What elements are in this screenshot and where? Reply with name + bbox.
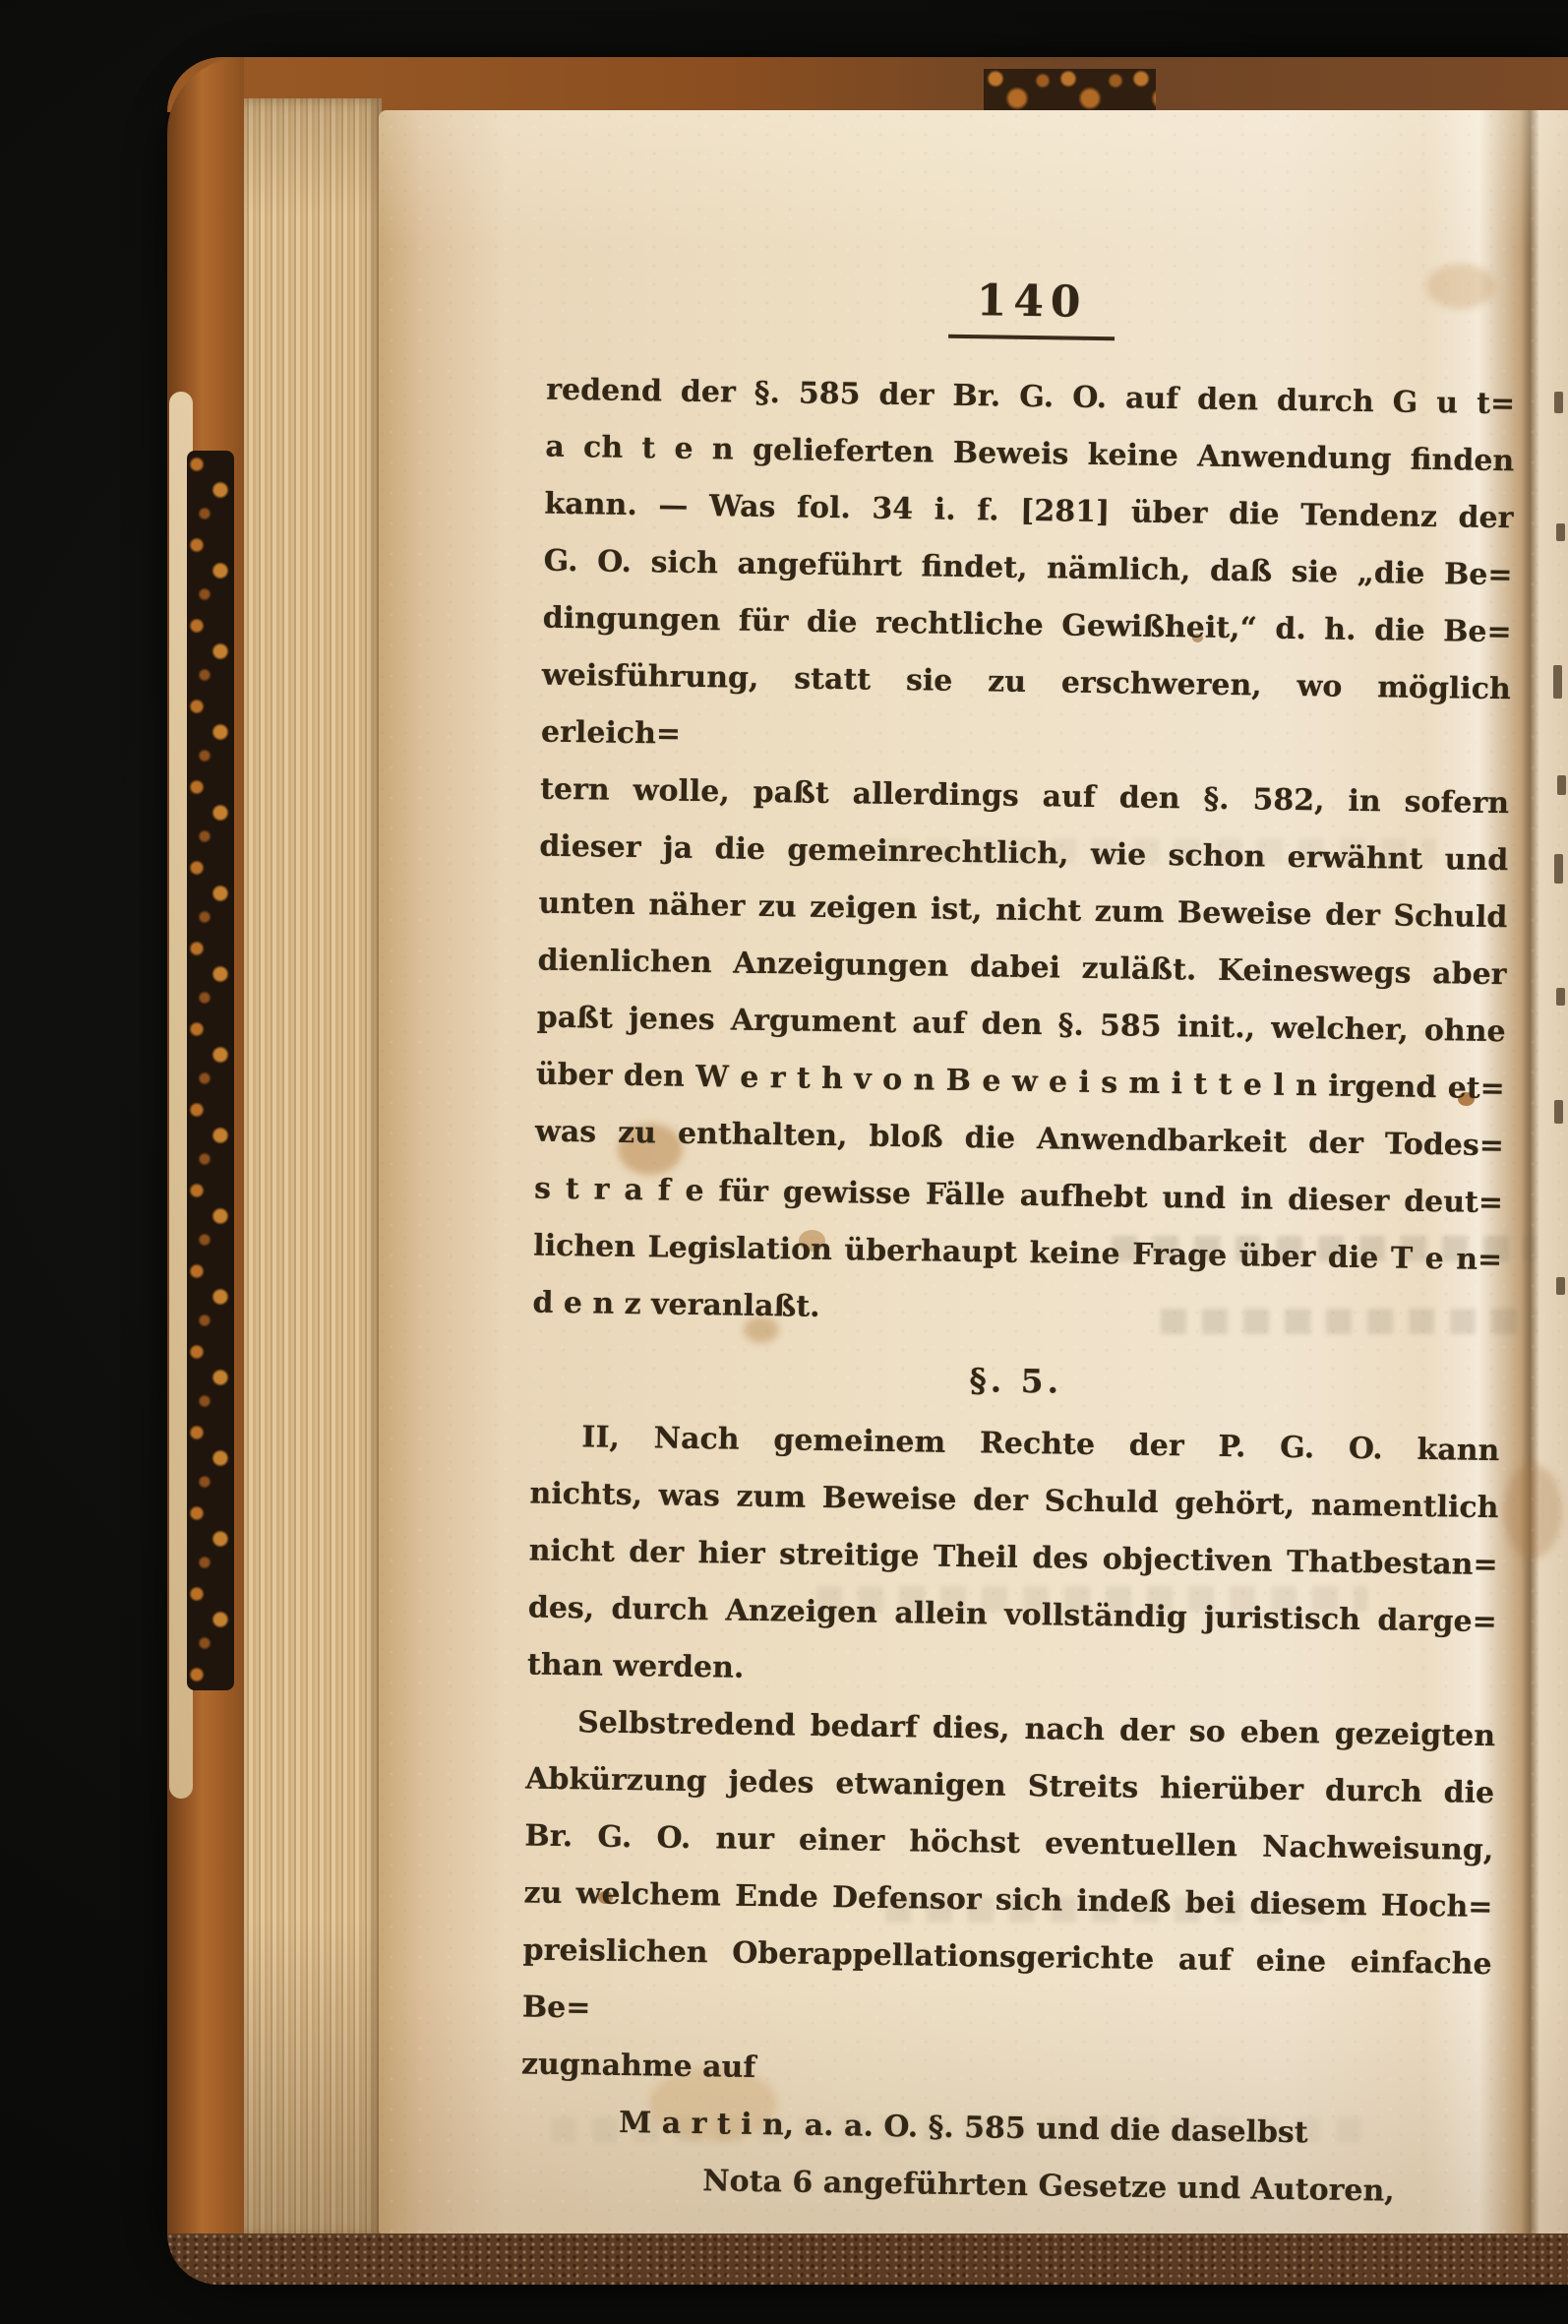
marbled-paper-fragment: [984, 69, 1156, 114]
page-block-fore-edge: [244, 98, 382, 2237]
text-line: preislichen Oberappellationsgerichte auf…: [521, 1923, 1492, 2051]
book-cover-bottom-edge: [167, 2233, 1568, 2285]
printed-text-block: 140 redend der §. 585 der Br. G. O. auf …: [519, 269, 1517, 2222]
text-line: weisführung, statt sie zu erschweren, wo…: [541, 647, 1512, 776]
section-heading: §. 5.: [531, 1346, 1501, 1418]
photo-background: 140 redend der §. 585 der Br. G. O. auf …: [0, 0, 1568, 2324]
page-number: 140: [547, 269, 1517, 347]
marbled-paper: [187, 451, 234, 1690]
